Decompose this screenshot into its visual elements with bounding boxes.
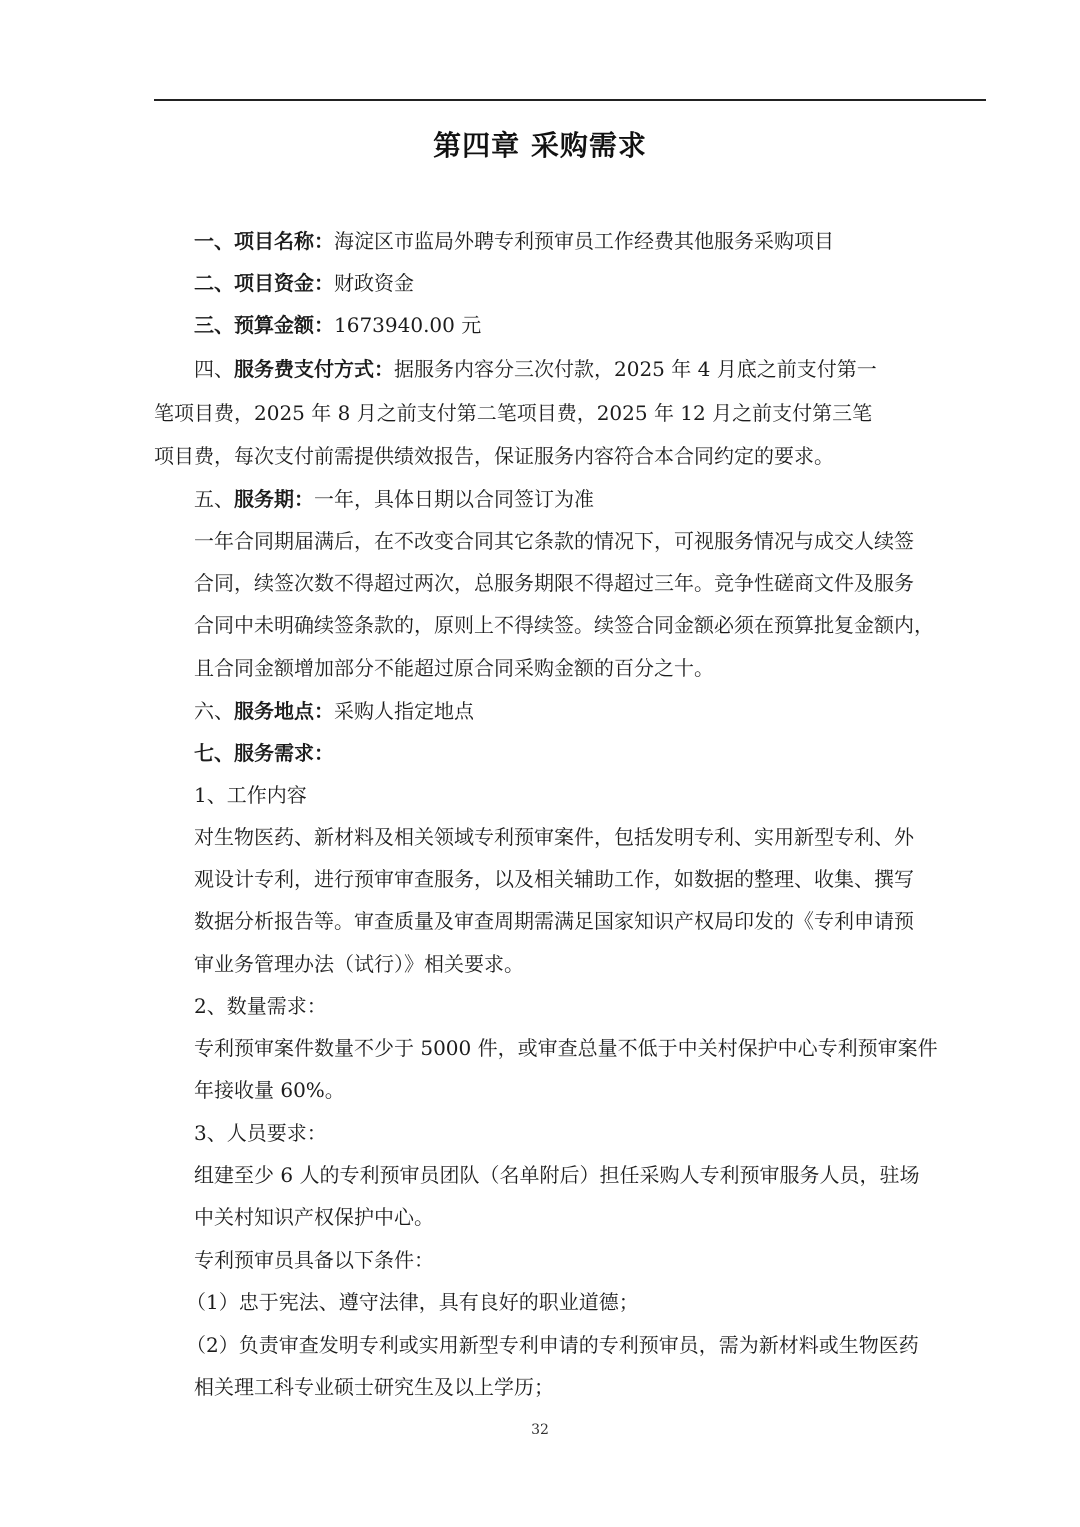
payment-label: 服务费支付方式： — [234, 357, 394, 381]
work-content-line-1: 对生物医药、新材料及相关领域专利预审案件，包括发明专利、实用新型专利、外 — [194, 822, 914, 852]
personnel-condition-1: （1）忠于宪法、遵守法律，具有良好的职业道德； — [186, 1287, 639, 1317]
budget-label: 三、预算金额： — [194, 313, 334, 337]
service-period-line: 五、服务期：一年，具体日期以合同签订为准 — [194, 484, 594, 514]
page-number: 32 — [0, 1420, 1080, 1440]
personnel-condition-2-cont: 相关理工科专业硕士研究生及以上学历； — [194, 1372, 554, 1402]
work-content-line-2: 观设计专利，进行预审审查服务，以及相关辅助工作，如数据的整理、收集、撰写 — [194, 864, 914, 894]
renewal-line-3: 合同中未明确续签条款的，原则上不得续签。续签合同金额必须在预算批复金额内， — [194, 610, 934, 640]
quantity-line-2: 年接收量 60%。 — [194, 1075, 345, 1105]
work-content-line-4: 审业务管理办法（试行）》相关要求。 — [194, 949, 524, 979]
project-funds-value: 财政资金 — [334, 271, 414, 295]
renewal-line-2: 合同，续签次数不得超过两次，总服务期限不得超过三年。竞争性磋商文件及服务 — [194, 568, 914, 598]
work-content-line-3: 数据分析报告等。审查质量及审查周期需满足国家知识产权局印发的《专利申请预 — [194, 906, 914, 936]
payment-text: 据服务内容分三次付款，2025 年 4 月底之前支付第一 — [394, 357, 877, 381]
quantity-heading: 2、数量需求： — [194, 991, 327, 1021]
payment-line-3: 项目费，每次支付前需提供绩效报告，保证服务内容符合本合同约定的要求。 — [154, 441, 834, 471]
payment-prefix: 四、 — [194, 357, 234, 381]
service-requirements-heading: 七、服务需求： — [194, 738, 334, 768]
project-name-value: 海淀区市监局外聘专利预审员工作经费其他服务采购项目 — [334, 229, 834, 253]
project-funds-line: 二、项目资金：财政资金 — [194, 268, 414, 298]
payment-line-1: 四、服务费支付方式：据服务内容分三次付款，2025 年 4 月底之前支付第一 — [194, 354, 877, 384]
chapter-title: 第四章 采购需求 — [0, 124, 1080, 168]
renewal-line-1: 一年合同期届满后，在不改变合同其它条款的情况下，可视服务情况与成交人续签 — [194, 526, 914, 556]
work-content-heading: 1、工作内容 — [194, 780, 307, 810]
service-period-value: 一年，具体日期以合同签订为准 — [314, 487, 594, 511]
project-funds-label: 二、项目资金： — [194, 271, 334, 295]
personnel-line-1: 组建至少 6 人的专利预审员团队（名单附后）担任采购人专利预审服务人员，驻场 — [194, 1160, 919, 1190]
payment-line-2: 笔项目费，2025 年 8 月之前支付第二笔项目费，2025 年 12 月之前支… — [154, 398, 872, 428]
budget-value: 1673940.00 元 — [334, 313, 481, 337]
renewal-line-4: 且合同金额增加部分不能超过原合同采购金额的百分之十。 — [194, 653, 714, 683]
personnel-condition-2: （2）负责审查发明专利或实用新型专利申请的专利预审员，需为新材料或生物医药 — [186, 1330, 919, 1360]
personnel-line-3: 专利预审员具备以下条件： — [194, 1245, 434, 1275]
service-location-prefix: 六、 — [194, 699, 234, 723]
project-name-label: 一、项目名称： — [194, 229, 334, 253]
personnel-line-2: 中关村知识产权保护中心。 — [194, 1202, 434, 1232]
quantity-line-1: 专利预审案件数量不少于 5000 件，或审查总量不低于中关村保护中心专利预审案件 — [194, 1033, 938, 1063]
header-rule — [154, 99, 986, 101]
service-period-label: 服务期： — [234, 487, 314, 511]
budget-line: 三、预算金额：1673940.00 元 — [194, 310, 481, 340]
service-location-value: 采购人指定地点 — [334, 699, 474, 723]
project-name-line: 一、项目名称：海淀区市监局外聘专利预审员工作经费其他服务采购项目 — [194, 226, 834, 256]
service-location-label: 服务地点： — [234, 699, 334, 723]
service-period-prefix: 五、 — [194, 487, 234, 511]
service-location-line: 六、服务地点：采购人指定地点 — [194, 696, 474, 726]
personnel-heading: 3、人员要求： — [194, 1118, 327, 1148]
